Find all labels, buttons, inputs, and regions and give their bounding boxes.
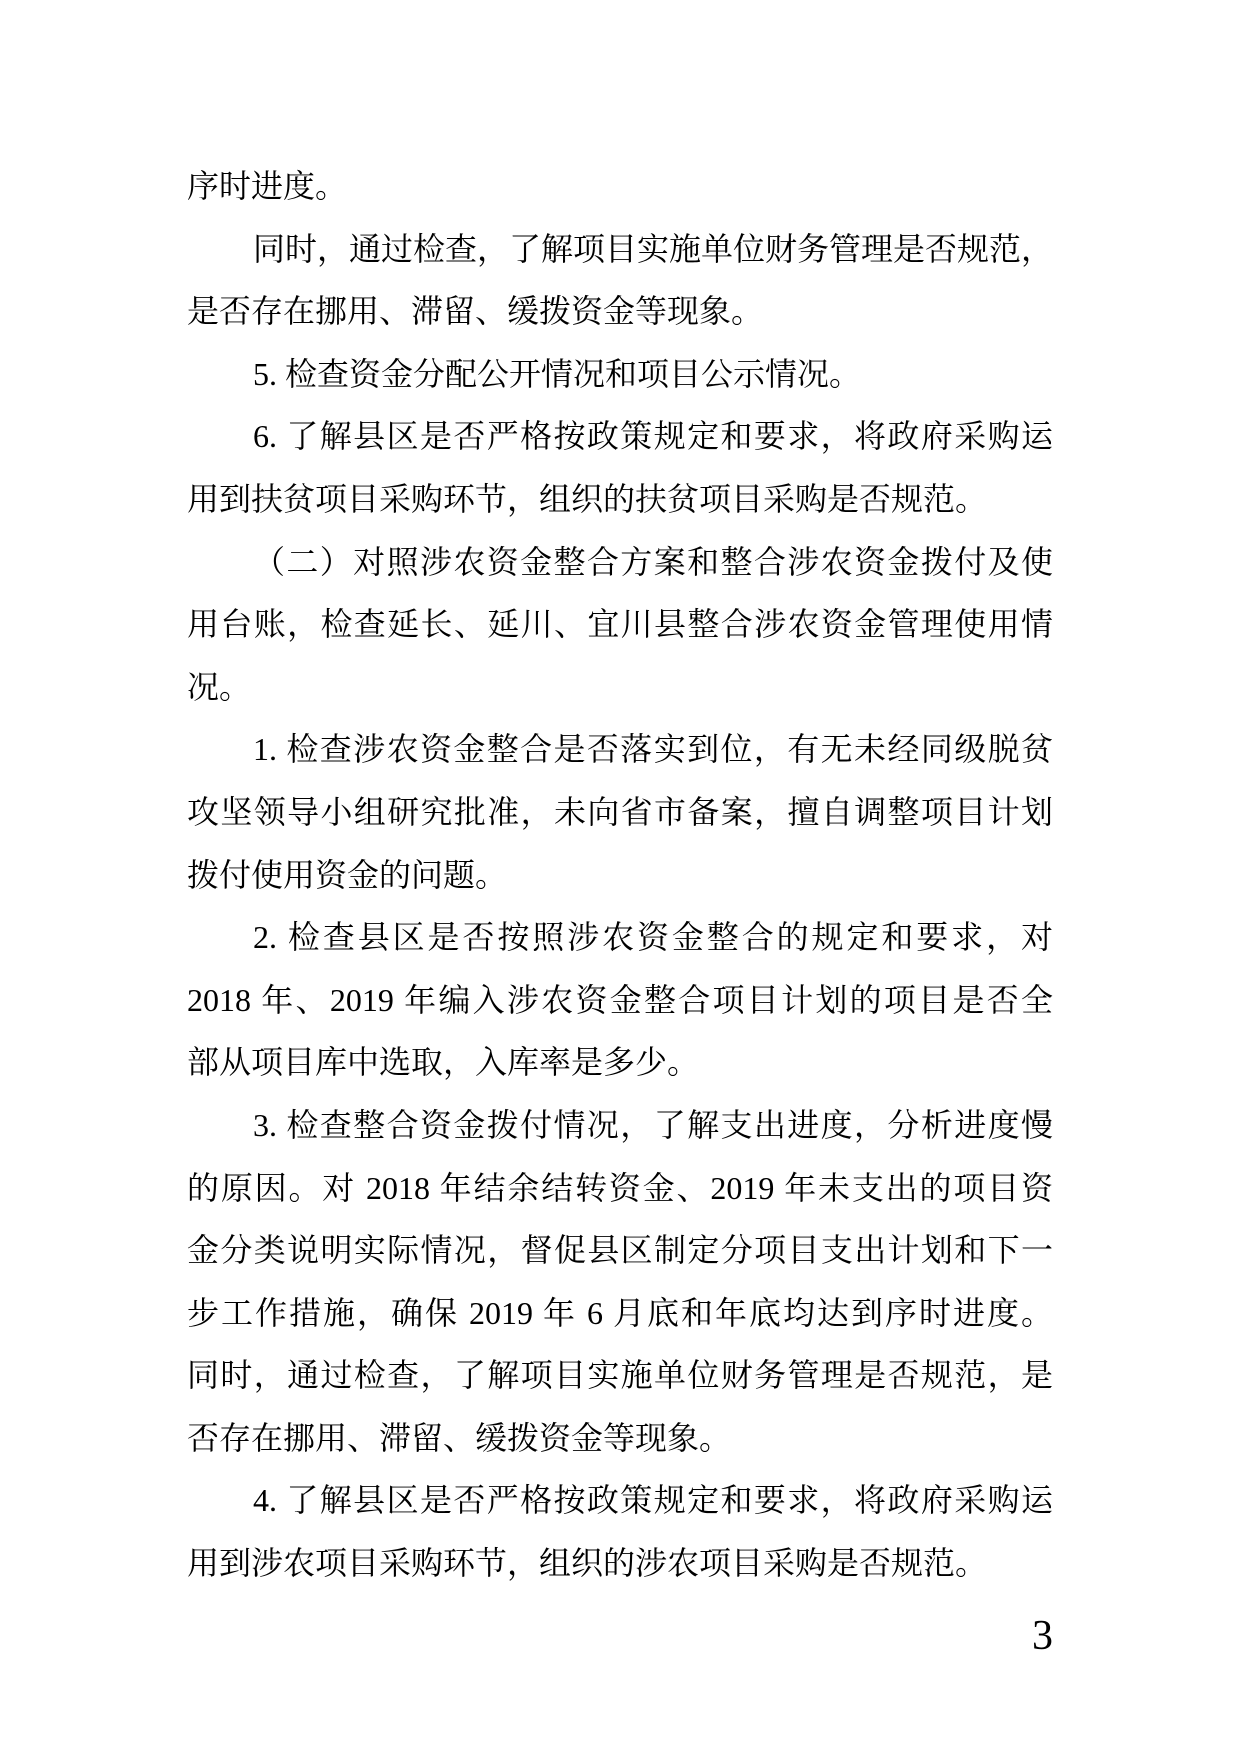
text-line: 同时，通过检查，了解项目实施单位财务管理是否规范，	[187, 218, 1053, 281]
text-line: 3. 检查整合资金拨付情况，了解支出进度，分析进度慢	[187, 1094, 1053, 1157]
text-line: 序时进度。	[187, 155, 1053, 218]
text-line: 攻坚领导小组研究批准，未向省市备案，擅自调整项目计划	[187, 781, 1053, 844]
text-line: 部从项目库中选取，入库率是多少。	[187, 1031, 1053, 1094]
text-line: 同时，通过检查，了解项目实施单位财务管理是否规范，是	[187, 1344, 1053, 1407]
text-line: 况。	[187, 656, 1053, 719]
text-line: 的原因。对 2018 年结余结转资金、2019 年未支出的项目资	[187, 1157, 1053, 1220]
text-line: 金分类说明实际情况，督促县区制定分项目支出计划和下一	[187, 1219, 1053, 1282]
text-line: 用台账，检查延长、延川、宜川县整合涉农资金管理使用情	[187, 593, 1053, 656]
text-line: 1. 检查涉农资金整合是否落实到位，有无未经同级脱贫	[187, 718, 1053, 781]
page-number: 3	[1032, 1612, 1053, 1660]
text-line: 步工作措施，确保 2019 年 6 月底和年底均达到序时进度。	[187, 1282, 1053, 1345]
text-line: 拨付使用资金的问题。	[187, 844, 1053, 907]
text-line: 否存在挪用、滞留、缓拨资金等现象。	[187, 1407, 1053, 1470]
text-line: 是否存在挪用、滞留、缓拨资金等现象。	[187, 280, 1053, 343]
text-line: 2. 检查县区是否按照涉农资金整合的规定和要求，对	[187, 906, 1053, 969]
text-line: 用到涉农项目采购环节，组织的涉农项目采购是否规范。	[187, 1532, 1053, 1595]
document-page: 序时进度。 同时，通过检查，了解项目实施单位财务管理是否规范， 是否存在挪用、滞…	[0, 0, 1241, 1754]
text-line: 用到扶贫项目采购环节，组织的扶贫项目采购是否规范。	[187, 468, 1053, 531]
text-line: 5. 检查资金分配公开情况和项目公示情况。	[187, 343, 1053, 406]
text-line: 4. 了解县区是否严格按政策规定和要求，将政府采购运	[187, 1469, 1053, 1532]
text-line: （二）对照涉农资金整合方案和整合涉农资金拨付及使	[187, 531, 1053, 594]
document-text-block: 序时进度。 同时，通过检查，了解项目实施单位财务管理是否规范， 是否存在挪用、滞…	[187, 155, 1053, 1595]
text-line: 6. 了解县区是否严格按政策规定和要求，将政府采购运	[187, 405, 1053, 468]
text-line: 2018 年、2019 年编入涉农资金整合项目计划的项目是否全	[187, 969, 1053, 1032]
